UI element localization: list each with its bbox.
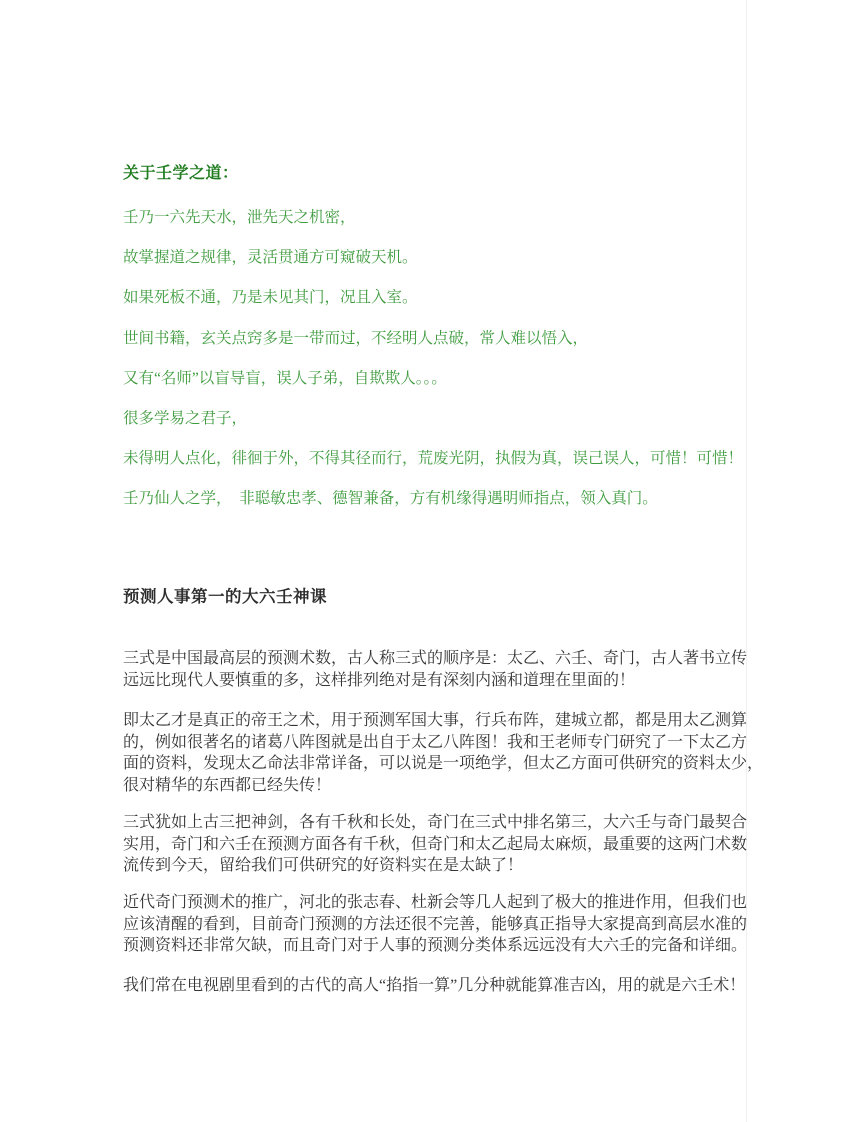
green-text-line: 又有“名师”以盲导盲，误人子弟，自欺欺人。。。 bbox=[123, 371, 447, 387]
green-text-line: 很多学易之君子， bbox=[123, 411, 247, 427]
paragraph-line: 即太乙才是真正的帝王之术，用于预测军国大事，行兵布阵，建城立都，都是用太乙测算 bbox=[123, 710, 763, 732]
paragraph-line: 我们常在电视剧里看到的古代的高人“掐指一算”几分种就能算准吉凶，用的就是六壬术！ bbox=[123, 975, 745, 997]
paragraph-line: 预测资料还非常欠缺，而且奇门对于人事的预测分类体系远远没有大六壬的完备和详细。 bbox=[123, 935, 747, 957]
paragraph-line: 三式犹如上古三把神剑，各有千秋和长处，奇门在三式中排名第三，大六壬与奇门最契合 bbox=[123, 812, 747, 834]
paragraph-line: 面的资料，发现太乙命法非常详备，可以说是一项绝学，但太乙方面可供研究的资料太少， bbox=[123, 753, 763, 775]
green-text-line: 世间书籍，玄关点窍多是一带而过，不经明人点破，常人难以悟入， bbox=[123, 331, 588, 347]
paragraph-line: 远远比现代人要慎重的多，这样排列绝对是有深刻内涵和道理在里面的！ bbox=[123, 670, 747, 692]
paragraph-line: 应该清醒的看到，目前奇门预测的方法还很不完善，能够真正指导大家提高到高层水准的 bbox=[123, 914, 747, 936]
paragraph: 三式是中国最高层的预测术数，古人称三式的顺序是：太乙、六壬、奇门，古人著书立传 … bbox=[123, 648, 747, 691]
paragraph-line: 很对精华的东西都已经失传！ bbox=[123, 775, 763, 797]
paragraph-line: 流传到今天，留给我们可供研究的好资料实在是太缺了！ bbox=[123, 855, 747, 877]
paragraph: 即太乙才是真正的帝王之术，用于预测军国大事，行兵布阵，建城立都，都是用太乙测算 … bbox=[123, 710, 763, 796]
green-text-line: 壬乃仙人之学， 非聪敏忠孝、德智兼备，方有机缘得遇明师指点，领入真门。 bbox=[123, 491, 658, 507]
document-page: 关于壬学之道： 壬乃一六先天水，泄先天之机密， 故掌握道之规律，灵活贯通方可窥破… bbox=[0, 0, 867, 1122]
paragraph: 三式犹如上古三把神剑，各有千秋和长处，奇门在三式中排名第三，大六壬与奇门最契合 … bbox=[123, 812, 747, 877]
paragraph-line: 的，例如很著名的诸葛八阵图就是出自于太乙八阵图！我和王老师专门研究了一下太乙方 bbox=[123, 732, 763, 754]
paragraph: 我们常在电视剧里看到的古代的高人“掐指一算”几分种就能算准吉凶，用的就是六壬术！ bbox=[123, 975, 745, 997]
green-text-line: 如果死板不通，乃是未见其门，况且入室。 bbox=[123, 290, 418, 306]
paragraph: 近代奇门预测术的推广，河北的张志春、杜新会等几人起到了极大的推进作用，但我们也 … bbox=[123, 892, 747, 957]
green-text-line: 壬乃一六先天水，泄先天之机密， bbox=[123, 210, 356, 226]
green-text-line: 故掌握道之规律，灵活贯通方可窥破天机。 bbox=[123, 250, 418, 266]
paragraph-line: 实用，奇门和六壬在预测方面各有千秋，但奇门和太乙起局太麻烦，最重要的这两门术数 bbox=[123, 834, 747, 856]
green-text-line: 未得明人点化，徘徊于外，不得其径而行，荒废光阴，执假为真，误己误人，可惜！可惜！ bbox=[123, 451, 743, 467]
paragraph-line: 近代奇门预测术的推广，河北的张志春、杜新会等几人起到了极大的推进作用，但我们也 bbox=[123, 892, 747, 914]
paragraph-line: 三式是中国最高层的预测术数，古人称三式的顺序是：太乙、六壬、奇门，古人著书立传 bbox=[123, 648, 747, 670]
section-heading-renxue: 关于壬学之道： bbox=[123, 166, 239, 182]
section-heading-daliuren: 预测人事第一的大六壬神课 bbox=[123, 589, 327, 606]
